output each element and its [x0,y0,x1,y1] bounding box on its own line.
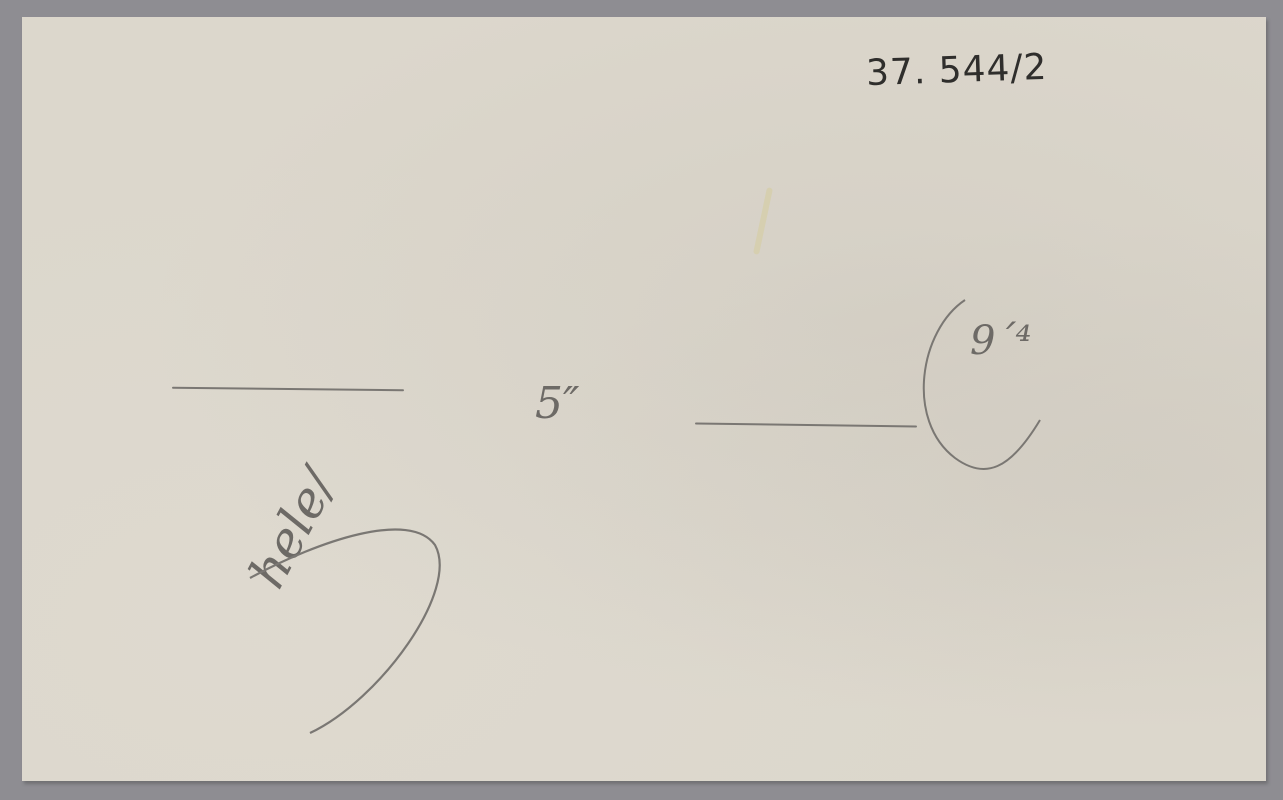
card-back [22,17,1266,781]
accession-number: 37. 544/2 [865,47,1048,94]
dimension-height-label: 9´⁴ [970,318,1031,364]
dimension-width-label: 5″ [535,378,579,429]
paper-stain [753,187,773,255]
